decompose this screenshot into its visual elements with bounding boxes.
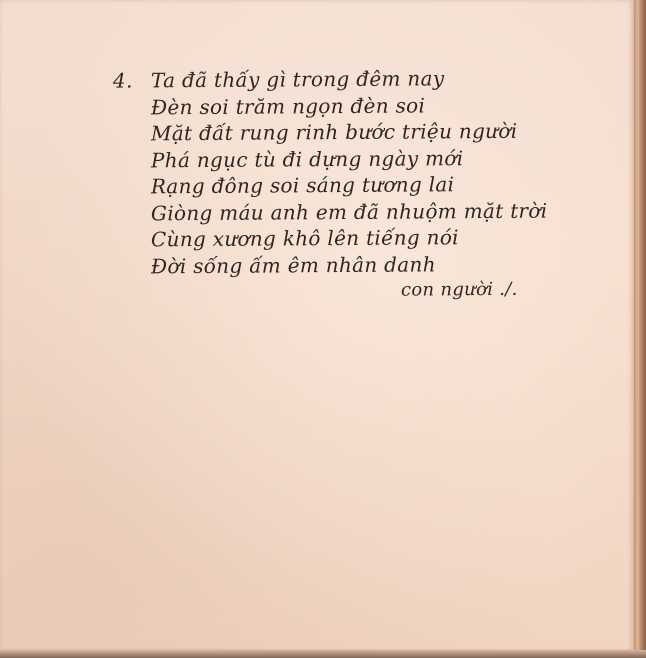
poem-line-5: Rạng đông soi sáng tương lai [113,170,573,200]
poem-line-3: Mặt đất rung rinh bước triệu người [113,117,573,147]
page-edge-right [634,0,646,658]
page-edge-bottom [0,650,646,658]
poem-line-1: 4.Ta đã thấy gì trong đêm nay [113,64,573,94]
poem-line-8: Đời sống ấm êm nhân danh [113,250,573,280]
poem-line-4: Phá ngục tù đi dựng ngày mới [113,144,573,174]
stanza-number: 4. [113,67,151,94]
notebook-page: 4.Ta đã thấy gì trong đêm nay Đèn soi tr… [0,0,634,652]
handwritten-poem: 4.Ta đã thấy gì trong đêm nay Đèn soi tr… [113,66,573,305]
poem-line-2: Đèn soi trăm ngọn đèn soi [113,91,573,121]
poem-line-6: Giòng máu anh em đã nhuộm mặt trời [113,197,573,227]
poem-line-7: Cùng xương khô lên tiếng nói [113,223,573,253]
poem-closing: con người ./. [113,276,573,306]
